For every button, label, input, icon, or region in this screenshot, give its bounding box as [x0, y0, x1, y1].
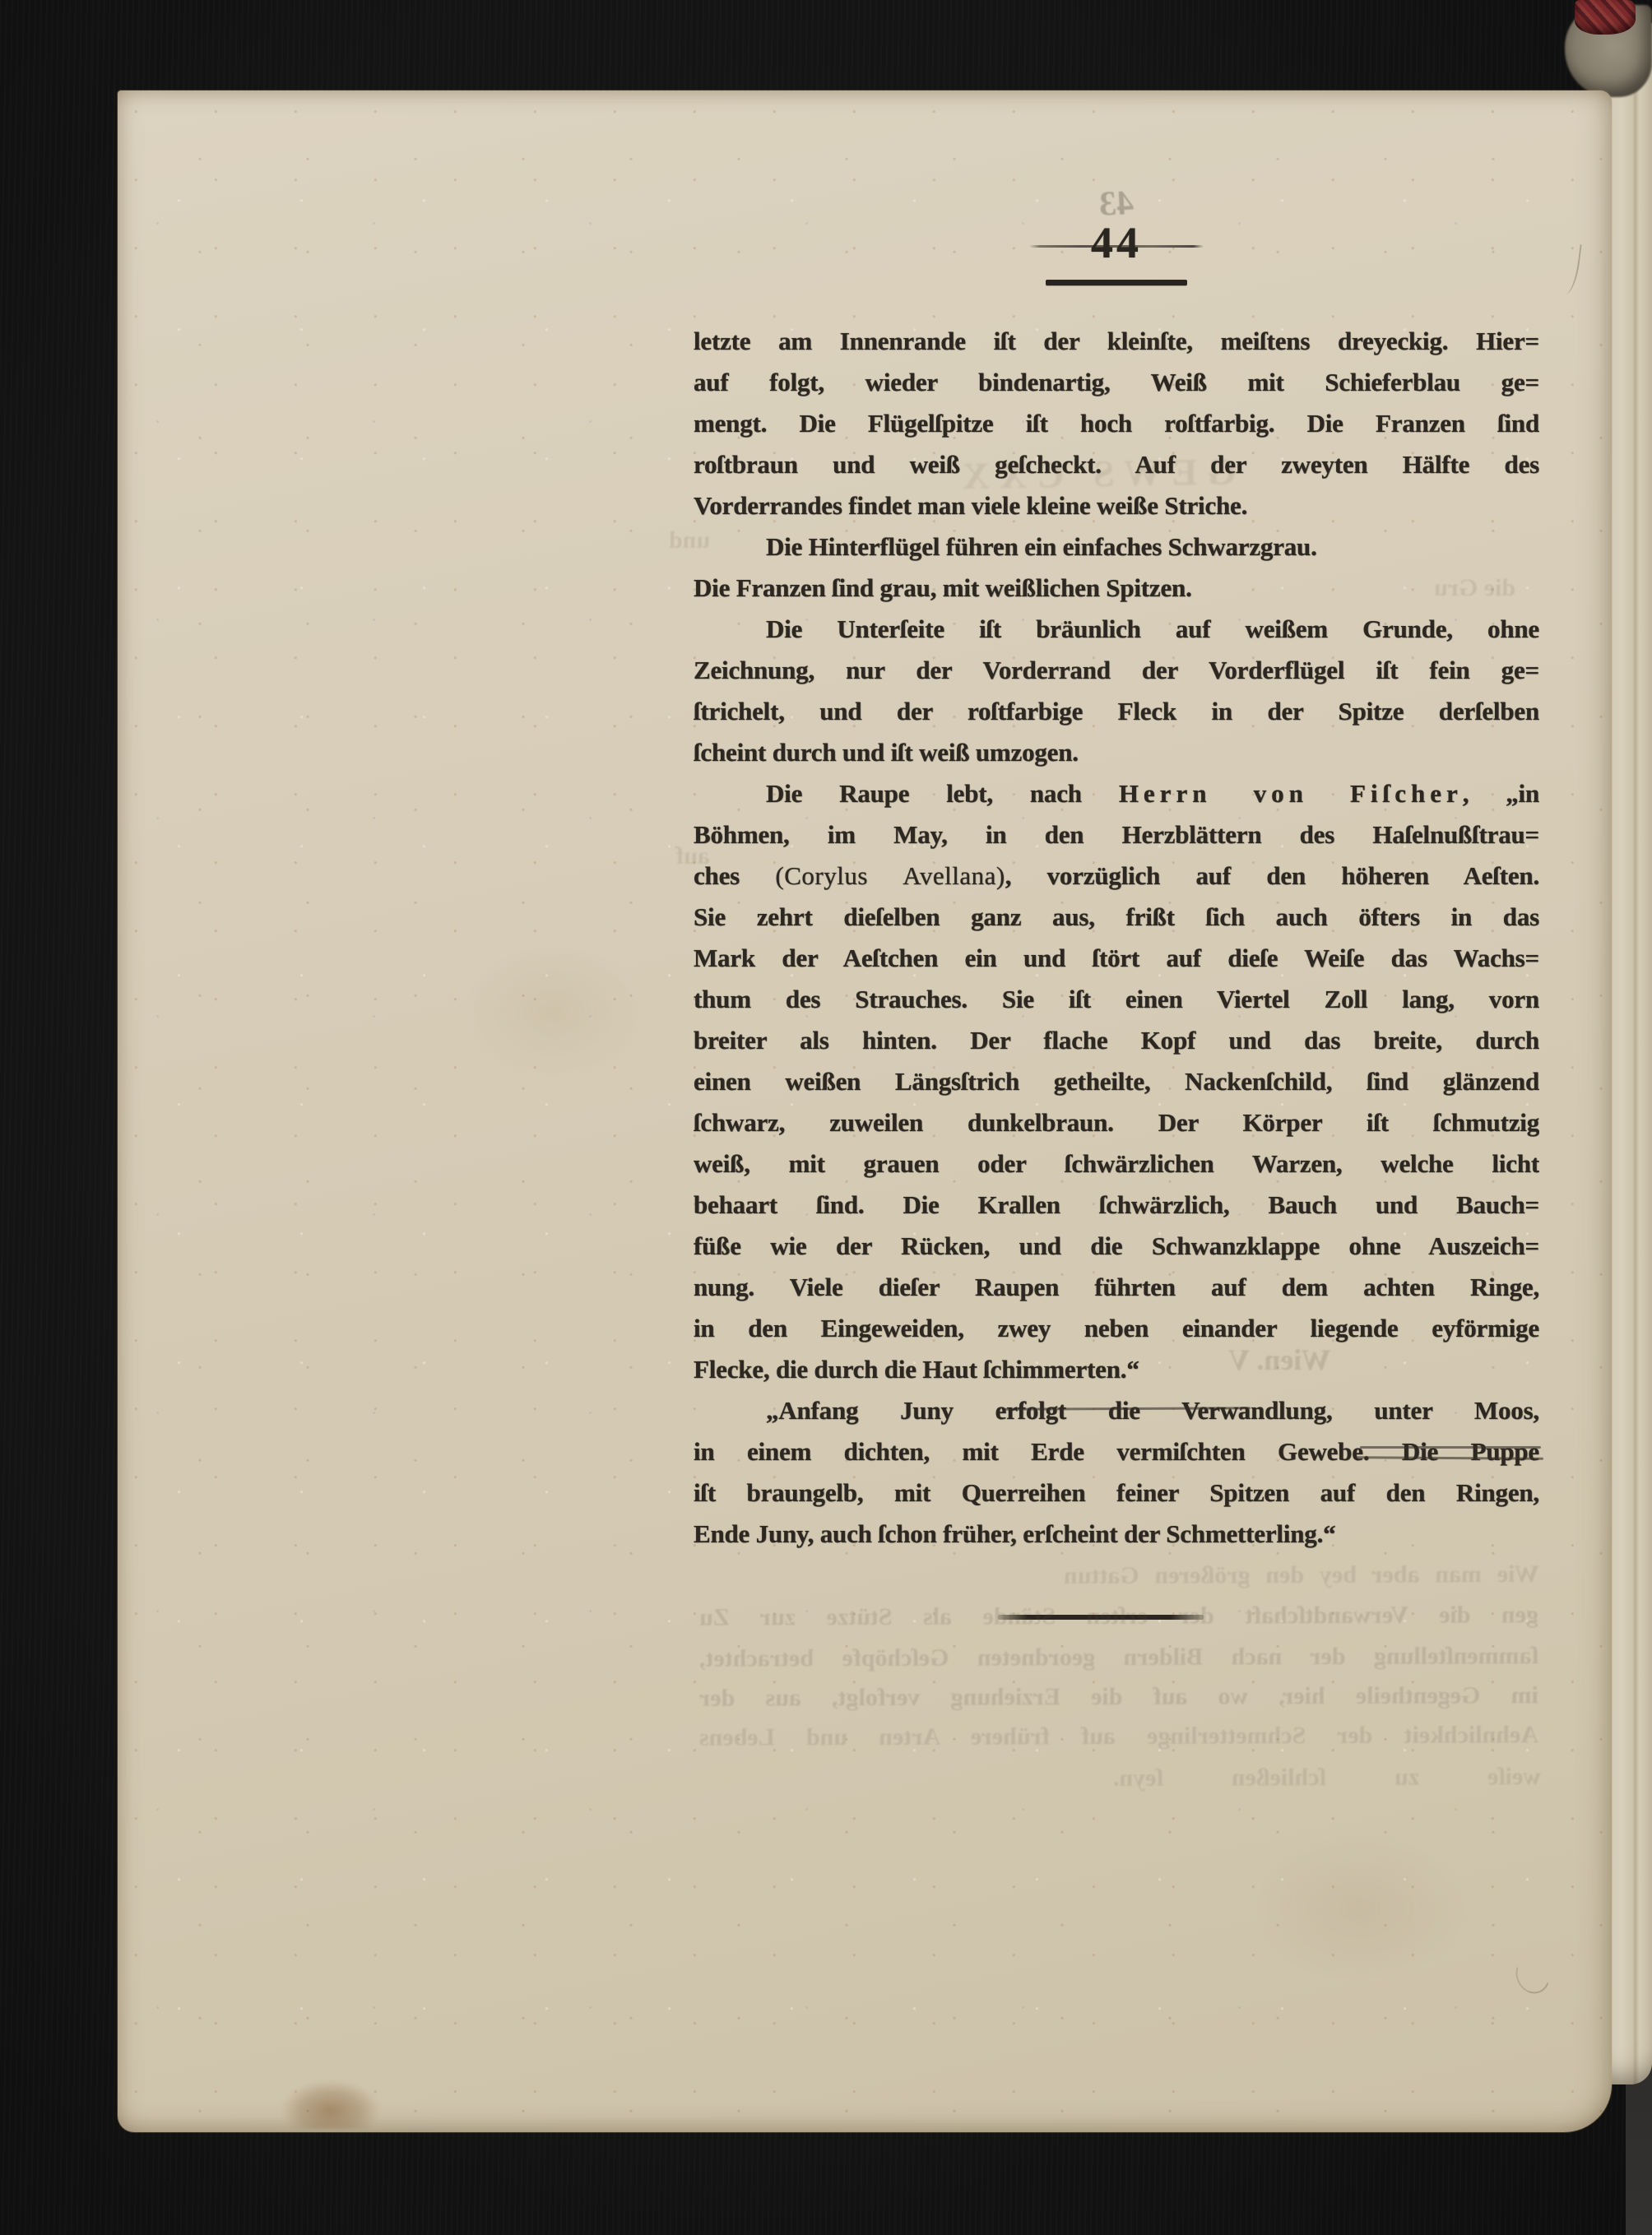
text-segment: ſchwarz, zuweilen dunkelbraun. Der Körpe… — [694, 1108, 1539, 1137]
bleedthrough-fragment: und — [669, 526, 710, 554]
text-segment: Herrn von Fiſcher — [1119, 779, 1463, 808]
text-line: Sie zehrt dieſelben ganz aus, frißt ſich… — [694, 897, 1539, 938]
text-segment: mengt. Die Flügelſpitze iſt hoch roſtfar… — [694, 409, 1539, 438]
text-segment: in den Eingeweiden, zwey neben einander … — [694, 1314, 1539, 1342]
bleedthrough-line: ſammenſtellung der nach Bildern geordnet… — [699, 1642, 1538, 1678]
text-segment: Die Raupe lebt, nach — [766, 779, 1119, 808]
text-line: Vorderrandes findet man viele kleine wei… — [694, 485, 1539, 526]
text-segment: „Anfang Juny erfolgt die Verwandlung, un… — [766, 1396, 1539, 1425]
text-line: in einem dichten, mit Erde vermiſchten G… — [694, 1431, 1539, 1472]
text-segment: thum des Strauches. Sie iſt einen Vierte… — [694, 985, 1539, 1013]
bleedthrough-line: gen die Verwandtſchaft der erſten Stände… — [699, 1601, 1538, 1637]
text-line: ſtrichelt, und der roſtfarbige Fleck in … — [694, 691, 1539, 732]
text-segment: Böhmen, im May, in den Herzblättern des … — [694, 820, 1539, 849]
text-segment: iſt braungelb, mit Querreihen feiner Spi… — [694, 1478, 1539, 1507]
bleedthrough-fragment: die Gru — [1434, 574, 1515, 602]
text-line: Böhmen, im May, in den Herzblättern des … — [694, 814, 1539, 856]
text-segment: Mark der Aeſtchen ein und ſtört auf dieſ… — [694, 944, 1539, 972]
paper-stain — [282, 2081, 379, 2129]
text-line: Die Unterſeite iſt bräunlich auf weißem … — [694, 609, 1539, 650]
text-segment: , „in — [1463, 779, 1539, 808]
text-line: mengt. Die Flügelſpitze iſt hoch roſtfar… — [694, 403, 1539, 444]
text-line: Ende Juny, auch ſchon früher, erſcheint … — [694, 1514, 1539, 1555]
text-line: in den Eingeweiden, zwey neben einander … — [694, 1308, 1539, 1349]
text-line: Die Franzen ſind grau, mit weißlichen Sp… — [694, 568, 1539, 609]
text-line: nung. Viele dieſer Raupen führten auf de… — [694, 1267, 1539, 1308]
text-segment: nung. Viele dieſer Raupen führten auf de… — [694, 1273, 1539, 1301]
text-segment: , vorzüglich auf den höheren Aeſten. — [1005, 861, 1539, 890]
text-segment: letzte am Innenrande iſt der kleinſte, m… — [694, 327, 1539, 355]
text-line: Die Raupe lebt, nach Herrn von Fiſcher, … — [694, 773, 1539, 814]
text-block: letzte am Innenrande iſt der kleinſte, m… — [694, 321, 1539, 1555]
text-segment: einen weißen Längsſtrich getheilte, Nack… — [694, 1067, 1539, 1096]
text-line: ſcheint durch und iſt weiß umzogen. — [694, 732, 1539, 773]
bleedthrough-line: Wie man aber bey den größeren Gattun — [1064, 1560, 1539, 1595]
text-line: Die Hinterflügel führen ein einfaches Sc… — [694, 526, 1539, 568]
text-segment: auf folgt, wieder bindenartig, Weiß mit … — [694, 368, 1539, 396]
text-segment: Vorderrandes findet man viele kleine wei… — [694, 491, 1247, 520]
page-number-block: 43 44 — [1029, 212, 1204, 291]
text-segment: ſtrichelt, und der roſtfarbige Fleck in … — [694, 697, 1539, 726]
ink-strike-mark — [1360, 1446, 1541, 1449]
text-line: iſt braungelb, mit Querreihen feiner Spi… — [694, 1472, 1539, 1514]
pencil-squiggle — [1510, 1951, 1555, 1999]
bleedthrough-line: Aehnlichkeit der Schmetterlinge auf früh… — [699, 1721, 1538, 1757]
page-number: 44 — [1091, 217, 1142, 268]
text-segment: Die Hinterflügel führen ein einfaches Sc… — [766, 532, 1317, 561]
text-segment: Flecke, die durch die Haut ſchimmerten.“ — [694, 1355, 1139, 1384]
pencil-squiggle — [1561, 243, 1581, 295]
text-line: auf folgt, wieder bindenartig, Weiß mit … — [694, 362, 1539, 403]
text-segment: Sie zehrt dieſelben ganz aus, frißt ſich… — [694, 902, 1539, 931]
text-segment: weiß, mit grauen oder ſchwärzlichen Warz… — [694, 1149, 1539, 1178]
text-line: ſchwarz, zuweilen dunkelbraun. Der Körpe… — [694, 1102, 1539, 1143]
text-segment: füße wie der Rücken, und die Schwanzklap… — [694, 1231, 1539, 1260]
bleedthrough-line: weiſe zu ſchließen ſeyn. — [1113, 1763, 1541, 1797]
text-line: einen weißen Längsſtrich getheilte, Nack… — [694, 1061, 1539, 1102]
text-segment: roſtbraun und weiß geſcheckt. Auf der zw… — [694, 450, 1539, 479]
book-scan: 43 44 GEWS CXX letzte am Innenrande iſt … — [0, 0, 1652, 2235]
bleedthrough-fragment: auf — [675, 842, 710, 870]
text-line: thum des Strauches. Sie iſt einen Vierte… — [694, 979, 1539, 1020]
text-line: roſtbraun und weiß geſcheckt. Auf der zw… — [694, 444, 1539, 485]
text-line: Zeichnung, nur der Vorderrand der Vorder… — [694, 650, 1539, 691]
text-segment: (Corylus Avellana) — [775, 861, 1005, 890]
text-line: ches (Corylus Avellana), vorzüglich auf … — [694, 856, 1539, 897]
paper-blotch — [463, 946, 644, 1078]
text-line: letzte am Innenrande iſt der kleinſte, m… — [694, 321, 1539, 362]
paper-blotch — [1253, 1834, 1467, 1982]
text-line: „Anfang Juny erfolgt die Verwandlung, un… — [694, 1390, 1539, 1431]
bleedthrough-line: im Gegentheile hier, wo auf die Erziehun… — [699, 1681, 1538, 1718]
text-line: behaart ſind. Die Krallen ſchwärzlich, B… — [694, 1185, 1539, 1226]
text-segment: Ende Juny, auch ſchon früher, erſcheint … — [694, 1519, 1335, 1548]
bleedthrough-note: Wien. V — [1228, 1342, 1331, 1377]
text-line: weiß, mit grauen oder ſchwärzlichen Warz… — [694, 1143, 1539, 1185]
text-segment: behaart ſind. Die Krallen ſchwärzlich, B… — [694, 1190, 1539, 1219]
text-segment: breiter als hinten. Der flache Kopf und … — [694, 1026, 1539, 1055]
book-page: 43 44 GEWS CXX letzte am Innenrande iſt … — [118, 90, 1612, 2132]
text-line: breiter als hinten. Der flache Kopf und … — [694, 1020, 1539, 1061]
headband-ribbon — [1575, 0, 1636, 35]
text-line: füße wie der Rücken, und die Schwanzklap… — [694, 1226, 1539, 1267]
page-number-thick-rule — [1046, 280, 1187, 285]
text-line: Mark der Aeſtchen ein und ſtört auf dieſ… — [694, 938, 1539, 979]
text-segment: Die Unterſeite iſt bräunlich auf weißem … — [766, 614, 1539, 643]
text-segment: Zeichnung, nur der Vorderrand der Vorder… — [694, 656, 1539, 684]
text-segment: Die Franzen ſind grau, mit weißlichen Sp… — [694, 573, 1192, 602]
text-line: Flecke, die durch die Haut ſchimmerten.“ — [694, 1349, 1539, 1390]
text-segment: ſcheint durch und iſt weiß umzogen. — [694, 738, 1079, 767]
text-segment: in einem dichten, mit Erde vermiſchten G… — [694, 1437, 1539, 1466]
